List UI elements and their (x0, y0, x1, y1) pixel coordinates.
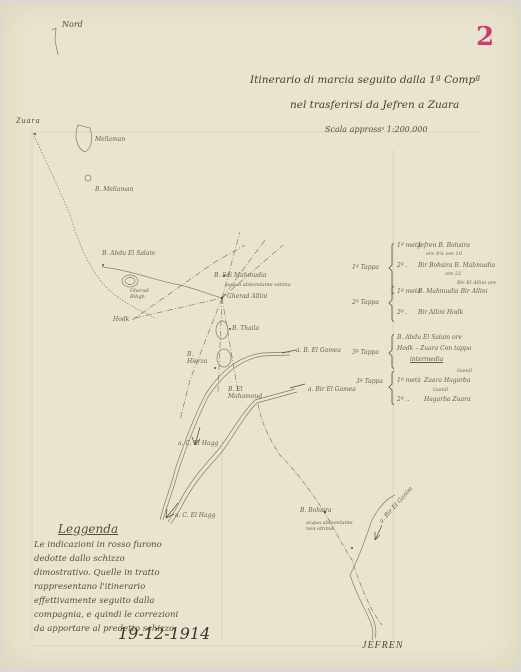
legend-body: Le indicazioni in rosso furono dedotte d… (34, 538, 184, 636)
stage-4-row-2-note: Gamil (433, 387, 448, 393)
stage-4-row-1-text: Zuara Hagarba (424, 377, 470, 384)
place-zuara: Zuara (16, 116, 41, 125)
stage-3-row-2-note: intermedia (410, 356, 443, 363)
stage-3-row-1-text: B. Abdu El Salam ore (397, 334, 462, 341)
stage-1-row-2-label: 2ª . (397, 262, 407, 269)
place-jefren: JEFREN (362, 640, 404, 651)
place-bir-hierza: B. Hierza (187, 351, 213, 365)
page-number: 2 (476, 22, 494, 52)
place-mellaman: Mellaman (95, 136, 125, 143)
place-to-el-hagg-north: a. C. El Hagg (178, 440, 218, 447)
place-bohsira: B. Bohsira (300, 507, 332, 514)
stage-4-label: 3ª Tappa (356, 378, 383, 385)
place-gherad-allini: Gherad Allini (227, 293, 267, 300)
place-abdu-el-salam: B. Abdu El Salam (102, 250, 155, 257)
stage-4-row-1-note: Gamil (457, 368, 472, 374)
place-hodk: Hodk (113, 316, 129, 323)
place-sidi-mahmudia-note: acqua abbondante ottima (226, 282, 291, 288)
stage-1-row-1-note: ore 8¼ ore 10 (426, 251, 462, 257)
stage-2-label: 2ª Tappa (352, 299, 379, 306)
place-thaila: B. Thaila (232, 325, 259, 332)
stage-3-row-2-text: Hodk – Zuara Con tappa (397, 345, 471, 352)
place-b-mellaman: B. Mellaman (95, 186, 133, 193)
stage-2-row-1-note: Bir El Allini ore (457, 280, 496, 286)
stage-1-row-2-note: ore 22 (445, 271, 461, 277)
place-bel-mahamoud: B. El Mahamoud (228, 386, 258, 400)
place-bohsira-note: acqua abbondante non ottima (306, 520, 361, 532)
stage-4-row-2-text: Hagarba Zuara (424, 396, 470, 403)
stage-2-row-2-label: 2ª . (397, 309, 407, 316)
place-sidi-mahmudia: B. Sḋi Mahmudia (214, 272, 266, 279)
legend-title: Leggenda (58, 522, 118, 536)
stage-3-label: 3ª Tappa (352, 349, 379, 356)
stage-4-row-1-label: 1ª metà (397, 377, 421, 384)
date-label: 19-12-1914 (118, 624, 210, 643)
place-gherad-biligh: Gherad Biligh (130, 288, 160, 300)
stage-1-row-2-text: Bir Bohsira B. Mahmudia (418, 262, 495, 269)
place-to-el-gamea: a. B. El Gamea (296, 347, 341, 354)
stage-1-row-1-text: Jefren B. Bohsira (418, 242, 470, 249)
stage-2-row-1-text: B. Mahmudia Bir Allini (418, 288, 488, 295)
title-line-1: Itinerario di marcia seguito dalla 1ª Co… (250, 74, 480, 86)
place-to-el-hagg-south: a. C. El Hagg (175, 512, 215, 519)
title-line-2: nel trasferirsi da Jefren a Zuara (290, 99, 459, 111)
place-to-bir-el-gamea: a. Bir El Gamea (308, 386, 356, 393)
stage-4-row-2-label: 2ª .. (397, 396, 409, 403)
stage-1-label: 1ª Tappa (352, 264, 379, 271)
north-label: Nord (62, 20, 83, 29)
stage-2-row-2-text: Bir Allini Hodk (418, 309, 463, 316)
scale-label: Scala approssˢ 1:200.000 (325, 125, 428, 134)
